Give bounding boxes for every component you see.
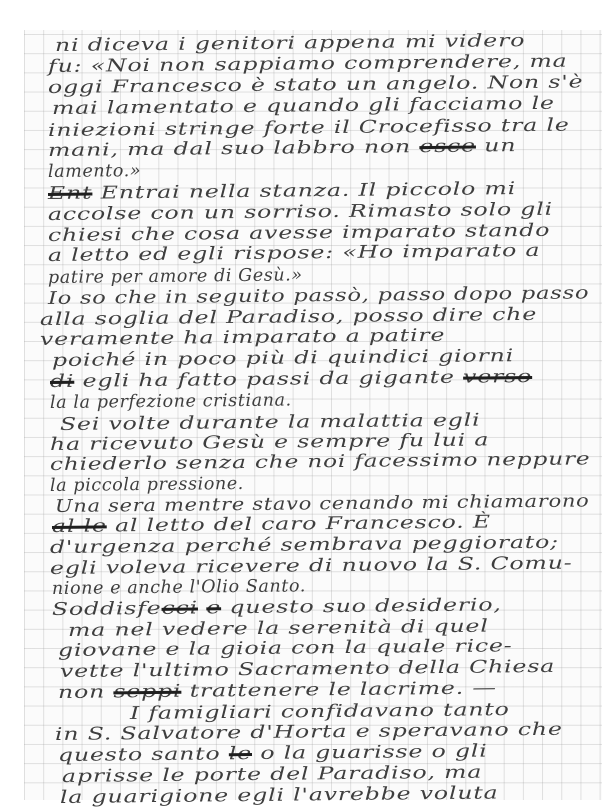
handwritten-line: mani, ma dal suo labbro non esce un bbox=[48, 138, 517, 160]
handwritten-line: la piccola pressione. bbox=[50, 476, 244, 496]
handwritten-line: di egli ha fatto passi da gigante verso bbox=[50, 369, 532, 392]
line-text: egli ha fatto passi da gigante bbox=[74, 368, 463, 392]
line-text: la piccola pressione. bbox=[50, 474, 244, 496]
line-text: questo santo bbox=[58, 744, 229, 766]
line-text: la la perfezione cristiana. bbox=[50, 390, 292, 413]
handwritten-line: la guarigione egli l'avrebbe voluta bbox=[60, 785, 499, 807]
line-text: Soddisfe bbox=[52, 599, 162, 620]
line-text: alla soglia del Paradiso, posso dire che bbox=[40, 305, 537, 330]
handwritten-line: egli voleva ricevere di nuovo la S. Comu… bbox=[50, 556, 573, 579]
line-text: un bbox=[476, 136, 517, 156]
handwritten-line: alla soglia del Paradiso, posso dire che bbox=[40, 307, 537, 330]
line-text: chiederlo senza che noi facessimo neppur… bbox=[50, 449, 591, 475]
struck-out-word: le bbox=[229, 744, 252, 764]
handwritten-line: mai lamentato e quando gli facciamo le bbox=[52, 96, 555, 119]
handwritten-line: nione e anche l'Olio Santo. bbox=[52, 578, 306, 598]
handwritten-line: patire per amore di Gesù.» bbox=[48, 267, 303, 287]
handwritten-line: chiederlo senza che noi facessimo neppur… bbox=[50, 451, 591, 474]
line-text: nione e anche l'Olio Santo. bbox=[52, 576, 306, 599]
handwritten-line: Una sera mentre stavo cenando mi chiamar… bbox=[55, 493, 590, 516]
struck-out-word: di bbox=[50, 372, 75, 392]
handwritten-line: questo santo le o la guarisse o gli bbox=[58, 744, 488, 766]
handwritten-line: lamento.» bbox=[48, 163, 141, 181]
line-text: o la guarisse o gli bbox=[252, 742, 488, 764]
handwritten-line: veramente ha imparato a patire bbox=[40, 328, 445, 350]
handwritten-text-body: ni diceva i genitori appena mi viderofu:… bbox=[0, 0, 615, 812]
line-text: patire per amore di Gesù.» bbox=[48, 265, 303, 288]
handwritten-line: la la perfezione cristiana. bbox=[50, 392, 292, 412]
line-text: a letto ed egli rispose: «Ho imparato a bbox=[48, 241, 541, 266]
struck-out-word: verso bbox=[463, 367, 532, 388]
line-text: mani, ma dal suo labbro non bbox=[48, 137, 420, 161]
struck-out-word: e bbox=[206, 598, 221, 618]
line-text: non bbox=[58, 682, 114, 703]
handwritten-line: aprisse le porte del Paradiso, ma bbox=[62, 765, 482, 787]
line-text: Una sera mentre stavo cenando mi chiamar… bbox=[55, 491, 590, 517]
struck-out-word: esce bbox=[419, 137, 476, 158]
handwritten-line: non seppi trattenere le lacrime. — bbox=[58, 680, 497, 702]
line-text: mai lamentato e quando gli facciamo le bbox=[52, 94, 555, 119]
line-text: egli voleva ricevere di nuovo la S. Comu… bbox=[50, 554, 573, 579]
line-text: questo suo desiderio, bbox=[221, 595, 502, 618]
line-text: trattenere le lacrime. — bbox=[181, 678, 497, 701]
struck-out-word: Ent bbox=[48, 184, 93, 204]
scanned-letter-page: ni diceva i genitori appena mi viderofu:… bbox=[0, 0, 615, 812]
line-text: la guarigione egli l'avrebbe voluta bbox=[60, 783, 499, 808]
struck-out-word: cci bbox=[161, 598, 198, 618]
struck-out-word: al le bbox=[52, 516, 107, 537]
line-text: veramente ha imparato a patire bbox=[40, 326, 446, 350]
line-text: al letto del caro Francesco. È bbox=[107, 512, 491, 536]
handwritten-line: a letto ed egli rispose: «Ho imparato a bbox=[48, 243, 540, 266]
line-text: lamento.» bbox=[48, 161, 141, 182]
struck-out-word: seppi bbox=[113, 682, 181, 703]
